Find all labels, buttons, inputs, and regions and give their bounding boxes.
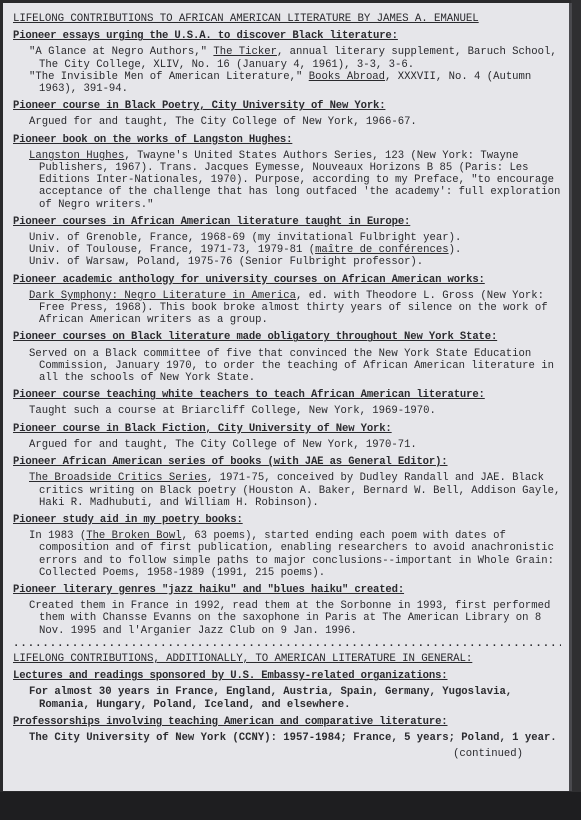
section-body: "A Glance at Negro Authors," The Ticker,… — [13, 46, 561, 95]
entry: For almost 30 years in France, England, … — [29, 686, 561, 710]
section-body: The Broadside Critics Series, 1971-75, c… — [13, 472, 561, 509]
entry: The City University of New York (CCNY): … — [29, 732, 561, 744]
section-heading: Pioneer course in Black Poetry, City Uni… — [13, 100, 561, 112]
underlined-title: maître de conférences — [315, 244, 449, 256]
entry: Dark Symphony: Negro Literature in Ameri… — [29, 290, 561, 327]
section-heading: Pioneer literary genres "jazz haiku" and… — [13, 584, 561, 596]
section-body: Langston Hughes, Twayne's United States … — [13, 150, 561, 211]
section-body: Taught such a course at Briarcliff Colle… — [13, 405, 561, 417]
section-body: In 1983 (The Broken Bowl, 63 poems), sta… — [13, 530, 561, 579]
underlined-title: Books Abroad — [309, 71, 385, 83]
entry: In 1983 (The Broken Bowl, 63 poems), sta… — [29, 530, 561, 579]
section-heading: Pioneer book on the works of Langston Hu… — [13, 134, 561, 146]
entry: The Broadside Critics Series, 1971-75, c… — [29, 472, 561, 509]
sections-primary: Pioneer essays urging the U.S.A. to disc… — [13, 30, 561, 637]
section-heading: Pioneer courses in African American lite… — [13, 216, 561, 228]
section-body: Argued for and taught, The City College … — [13, 439, 561, 451]
section-heading: Pioneer study aid in my poetry books: — [13, 514, 561, 526]
general-title: LIFELONG CONTRIBUTIONS, ADDITIONALLY, TO… — [13, 653, 561, 665]
underlined-title: The Broadside Critics Series — [29, 472, 207, 484]
entry: Univ. of Toulouse, France, 1971-73, 1979… — [29, 244, 561, 256]
entry: Langston Hughes, Twayne's United States … — [29, 150, 561, 211]
document-body: LIFELONG CONTRIBUTIONS TO AFRICAN AMERIC… — [13, 13, 561, 760]
section-heading: Pioneer course in Black Fiction, City Un… — [13, 423, 561, 435]
section-heading: Pioneer course teaching white teachers t… — [13, 389, 561, 401]
entry: Argued for and taught, The City College … — [29, 116, 561, 128]
entry: Taught such a course at Briarcliff Colle… — [29, 405, 561, 417]
section-heading: Pioneer African American series of books… — [13, 456, 561, 468]
section-body: Univ. of Grenoble, France, 1968-69 (my i… — [13, 232, 561, 269]
dotted-separator: ........................................… — [13, 638, 561, 650]
entry: "A Glance at Negro Authors," The Ticker,… — [29, 46, 561, 70]
entry: "The Invisible Men of American Literatur… — [29, 71, 561, 95]
section-body: The City University of New York (CCNY): … — [13, 732, 561, 744]
section-body: Argued for and taught, The City College … — [13, 116, 561, 128]
continued-note: (continued) — [13, 748, 561, 760]
section-body: Created them in France in 1992, read the… — [13, 600, 561, 637]
section-heading: Pioneer academic anthology for universit… — [13, 274, 561, 286]
section-heading: Pioneer essays urging the U.S.A. to disc… — [13, 30, 561, 42]
entry: Univ. of Warsaw, Poland, 1975-76 (Senior… — [29, 256, 561, 268]
underlined-title: The Ticker — [213, 46, 277, 58]
section-body: For almost 30 years in France, England, … — [13, 686, 561, 710]
scan-bottom-edge — [0, 792, 581, 820]
entry: Univ. of Grenoble, France, 1968-69 (my i… — [29, 232, 561, 244]
section-body: Dark Symphony: Negro Literature in Ameri… — [13, 290, 561, 327]
section-heading: Pioneer courses on Black literature made… — [13, 331, 561, 343]
entry: Argued for and taught, The City College … — [29, 439, 561, 451]
scan-background-edge — [571, 0, 581, 820]
underlined-title: Dark Symphony: Negro Literature in Ameri… — [29, 290, 296, 302]
document-title: LIFELONG CONTRIBUTIONS TO AFRICAN AMERIC… — [13, 13, 561, 25]
underlined-title: Langston Hughes — [29, 150, 124, 162]
entry: Served on a Black committee of five that… — [29, 348, 561, 385]
underlined-title: The Broken Bowl — [86, 530, 181, 542]
section-heading: Professorships involving teaching Americ… — [13, 716, 561, 728]
section-heading: Lectures and readings sponsored by U.S. … — [13, 670, 561, 682]
section-body: Served on a Black committee of five that… — [13, 348, 561, 385]
entry: Created them in France in 1992, read the… — [29, 600, 561, 637]
typewritten-page: LIFELONG CONTRIBUTIONS TO AFRICAN AMERIC… — [3, 3, 572, 791]
sections-general: Lectures and readings sponsored by U.S. … — [13, 670, 561, 744]
